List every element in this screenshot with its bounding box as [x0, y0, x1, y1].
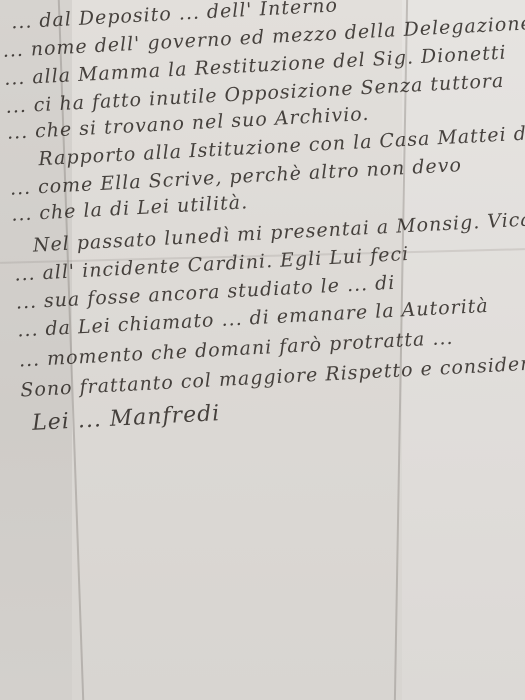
letter-photo: ... dal Deposito ... dell' Interno ... n… [0, 0, 525, 700]
